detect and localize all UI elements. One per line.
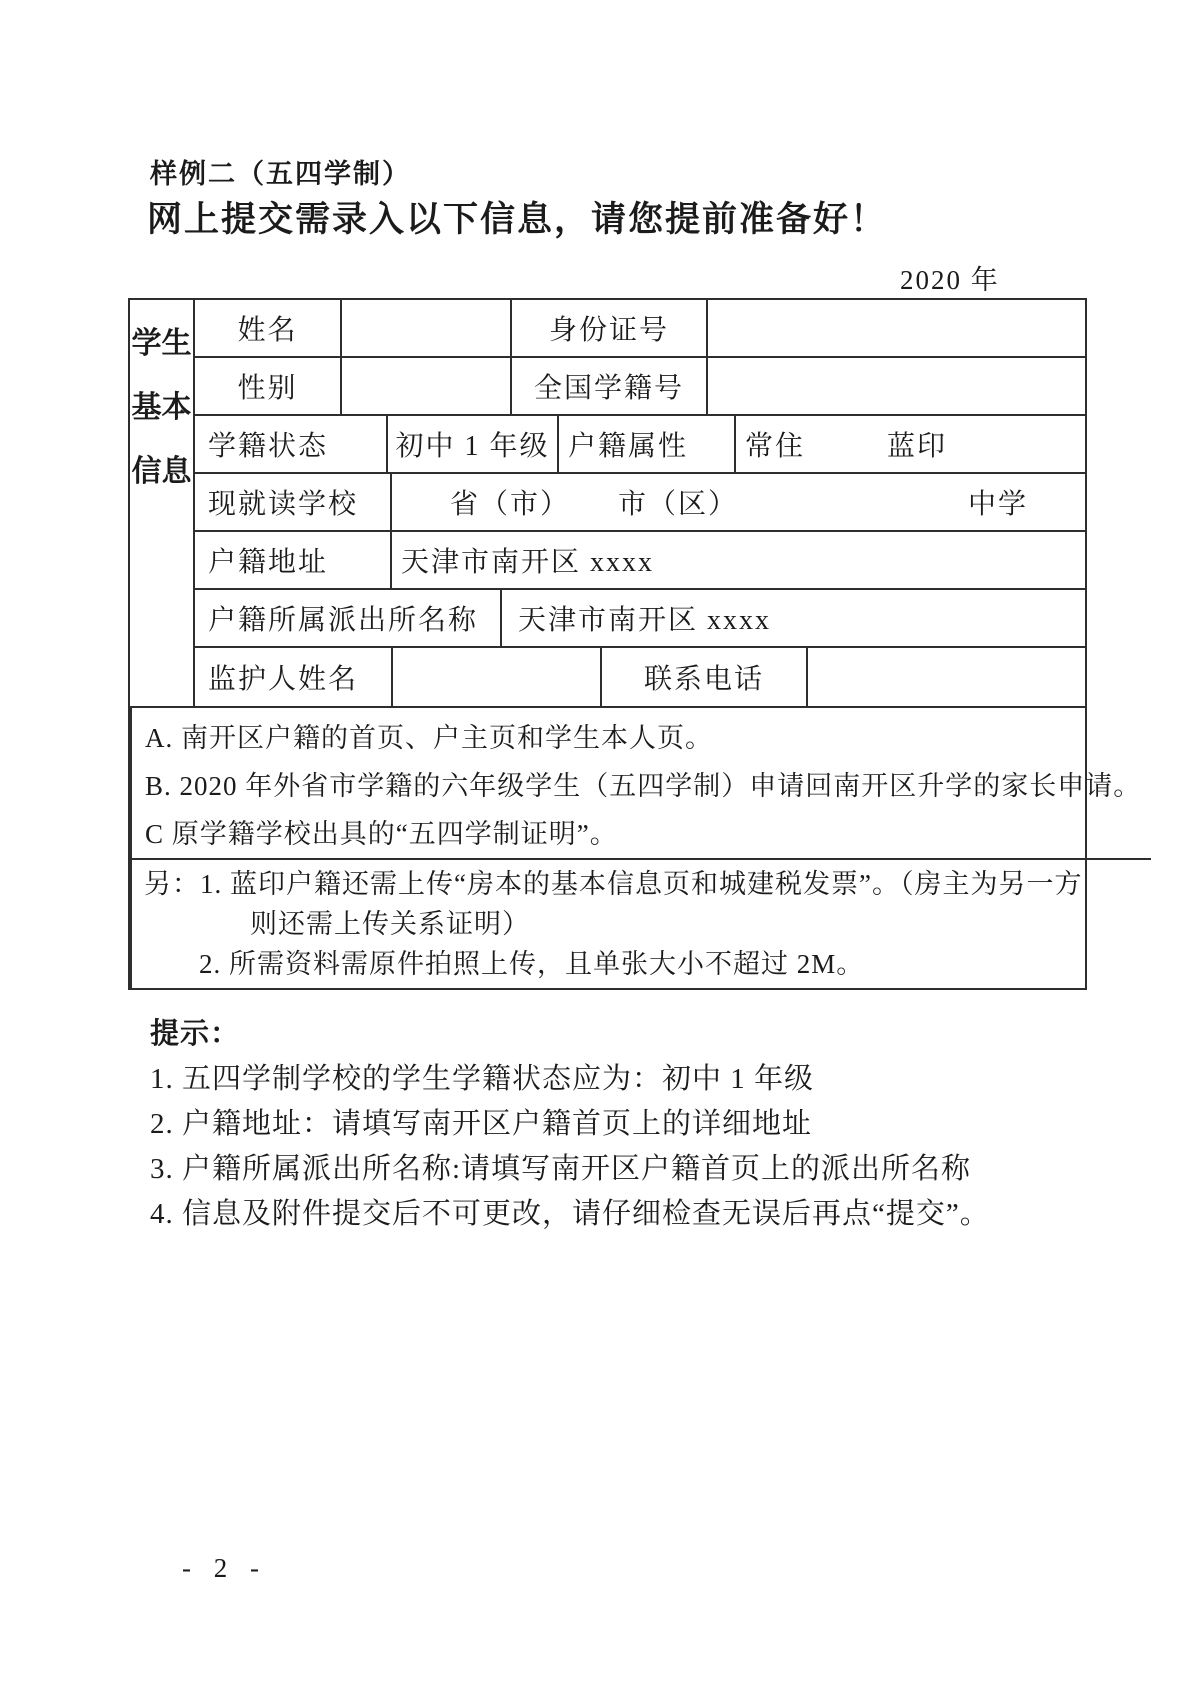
row-police-station: 户籍所属派出所名称 天津市南开区 xxxx: [195, 590, 1085, 648]
attachment-item-a: A. 南开区户籍的首页、户主页和学生本人页。: [145, 714, 1141, 762]
hukou-type-option-lanyin: 蓝印: [887, 424, 947, 464]
name-value: [342, 300, 512, 356]
year-label: 2020 年: [900, 258, 1000, 297]
hukou-type-value: 常住 蓝印: [736, 416, 1085, 472]
hint-item-3: 3. 户籍所属派出所名称:请填写南开区户籍首页上的派出所名称: [150, 1147, 990, 1192]
attachment-list-cell: A. 南开区户籍的首页、户主页和学生本人页。 B. 2020 年外省市学籍的六年…: [132, 708, 1151, 860]
document-page: 样例二（五四学制） 网上提交需录入以下信息，请您提前准备好！ 2020 年 学生…: [0, 0, 1200, 1695]
enrollment-status-value: 初中 1 年级: [388, 416, 559, 472]
school-suffix-part: 中学: [968, 482, 1028, 522]
row-current-school: 现就读学校 省（市） 市（区） 中学: [195, 474, 1085, 532]
current-school-value: 省（市） 市（区） 中学: [392, 474, 1085, 530]
hukou-address-value: 天津市南开区 xxxx: [392, 532, 1085, 588]
hint-item-2: 2. 户籍地址：请填写南开区户籍首页上的详细地址: [150, 1102, 990, 1147]
police-station-value: 天津市南开区 xxxx: [502, 590, 1085, 646]
attachment-extra-cell: 另：1. 蓝印户籍还需上传“房本的基本信息页和城建税发票”。（房主为另一方 则还…: [132, 860, 1151, 988]
attachment-extra-3: 2. 所需资料需原件拍照上传，且单张大小不超过 2M。: [144, 944, 1141, 984]
hukou-type-option-changzhu: 常住: [745, 424, 805, 464]
section-basic-info-header: 学生基本信息: [130, 300, 195, 706]
attachment-extra-2: 则还需上传关系证明）: [144, 904, 1141, 944]
row-status-hukoutype: 学籍状态 初中 1 年级 户籍属性 常住 蓝印: [195, 416, 1085, 474]
attachment-extra-1: 另：1. 蓝印户籍还需上传“房本的基本信息页和城建税发票”。（房主为另一方: [144, 864, 1141, 904]
gender-label: 性别: [195, 358, 342, 414]
hukou-address-label: 户籍地址: [195, 532, 392, 588]
attachment-item-b: B. 2020 年外省市学籍的六年级学生（五四学制）申请回南开区升学的家长申请。: [145, 762, 1141, 810]
guardian-name-label: 监护人姓名: [195, 648, 393, 706]
sample-label: 样例二（五四学制）: [150, 152, 411, 191]
row-hukou-address: 户籍地址 天津市南开区 xxxx: [195, 532, 1085, 590]
row-gender-studentno: 性别 全国学籍号: [195, 358, 1085, 416]
hints-title: 提示：: [150, 1012, 990, 1057]
page-title: 网上提交需录入以下信息，请您提前准备好！: [147, 192, 887, 242]
contact-phone-label: 联系电话: [602, 648, 808, 706]
student-info-table: 学生基本信息 姓名 身份证号 性别 全国学籍号 学籍状态 初中 1 年级: [128, 298, 1087, 990]
name-label: 姓名: [195, 300, 342, 356]
attachment-item-c: C 原学籍学校出具的“五四学制证明”。: [145, 810, 1141, 858]
section-basic-info: 学生基本信息 姓名 身份证号 性别 全国学籍号 学籍状态 初中 1 年级: [130, 300, 1085, 708]
guardian-name-value: [393, 648, 602, 706]
row-name-id: 姓名 身份证号: [195, 300, 1085, 358]
national-student-no-value: [708, 358, 1085, 414]
section-attachments: 上传附件 A. 南开区户籍的首页、户主页和学生本人页。 B. 2020 年外省市…: [130, 708, 1085, 988]
hint-item-1: 1. 五四学制学校的学生学籍状态应为：初中 1 年级: [150, 1057, 990, 1102]
national-student-no-label: 全国学籍号: [512, 358, 708, 414]
police-station-label: 户籍所属派出所名称: [195, 590, 502, 646]
school-city-part: 市（区）: [618, 482, 738, 522]
enrollment-status-label: 学籍状态: [195, 416, 388, 472]
page-number: - 2 -: [182, 1553, 267, 1584]
id-number-label: 身份证号: [512, 300, 708, 356]
contact-phone-value: [808, 648, 1085, 706]
hint-item-4: 4. 信息及附件提交后不可更改，请仔细检查无误后再点“提交”。: [150, 1192, 990, 1237]
hints-block: 提示： 1. 五四学制学校的学生学籍状态应为：初中 1 年级 2. 户籍地址：请…: [150, 1012, 990, 1237]
current-school-label: 现就读学校: [195, 474, 392, 530]
row-guardian-phone: 监护人姓名 联系电话: [195, 648, 1085, 706]
gender-value: [342, 358, 512, 414]
id-number-value: [708, 300, 1085, 356]
hukou-type-label: 户籍属性: [559, 416, 736, 472]
school-province-part: 省（市）: [450, 482, 570, 522]
